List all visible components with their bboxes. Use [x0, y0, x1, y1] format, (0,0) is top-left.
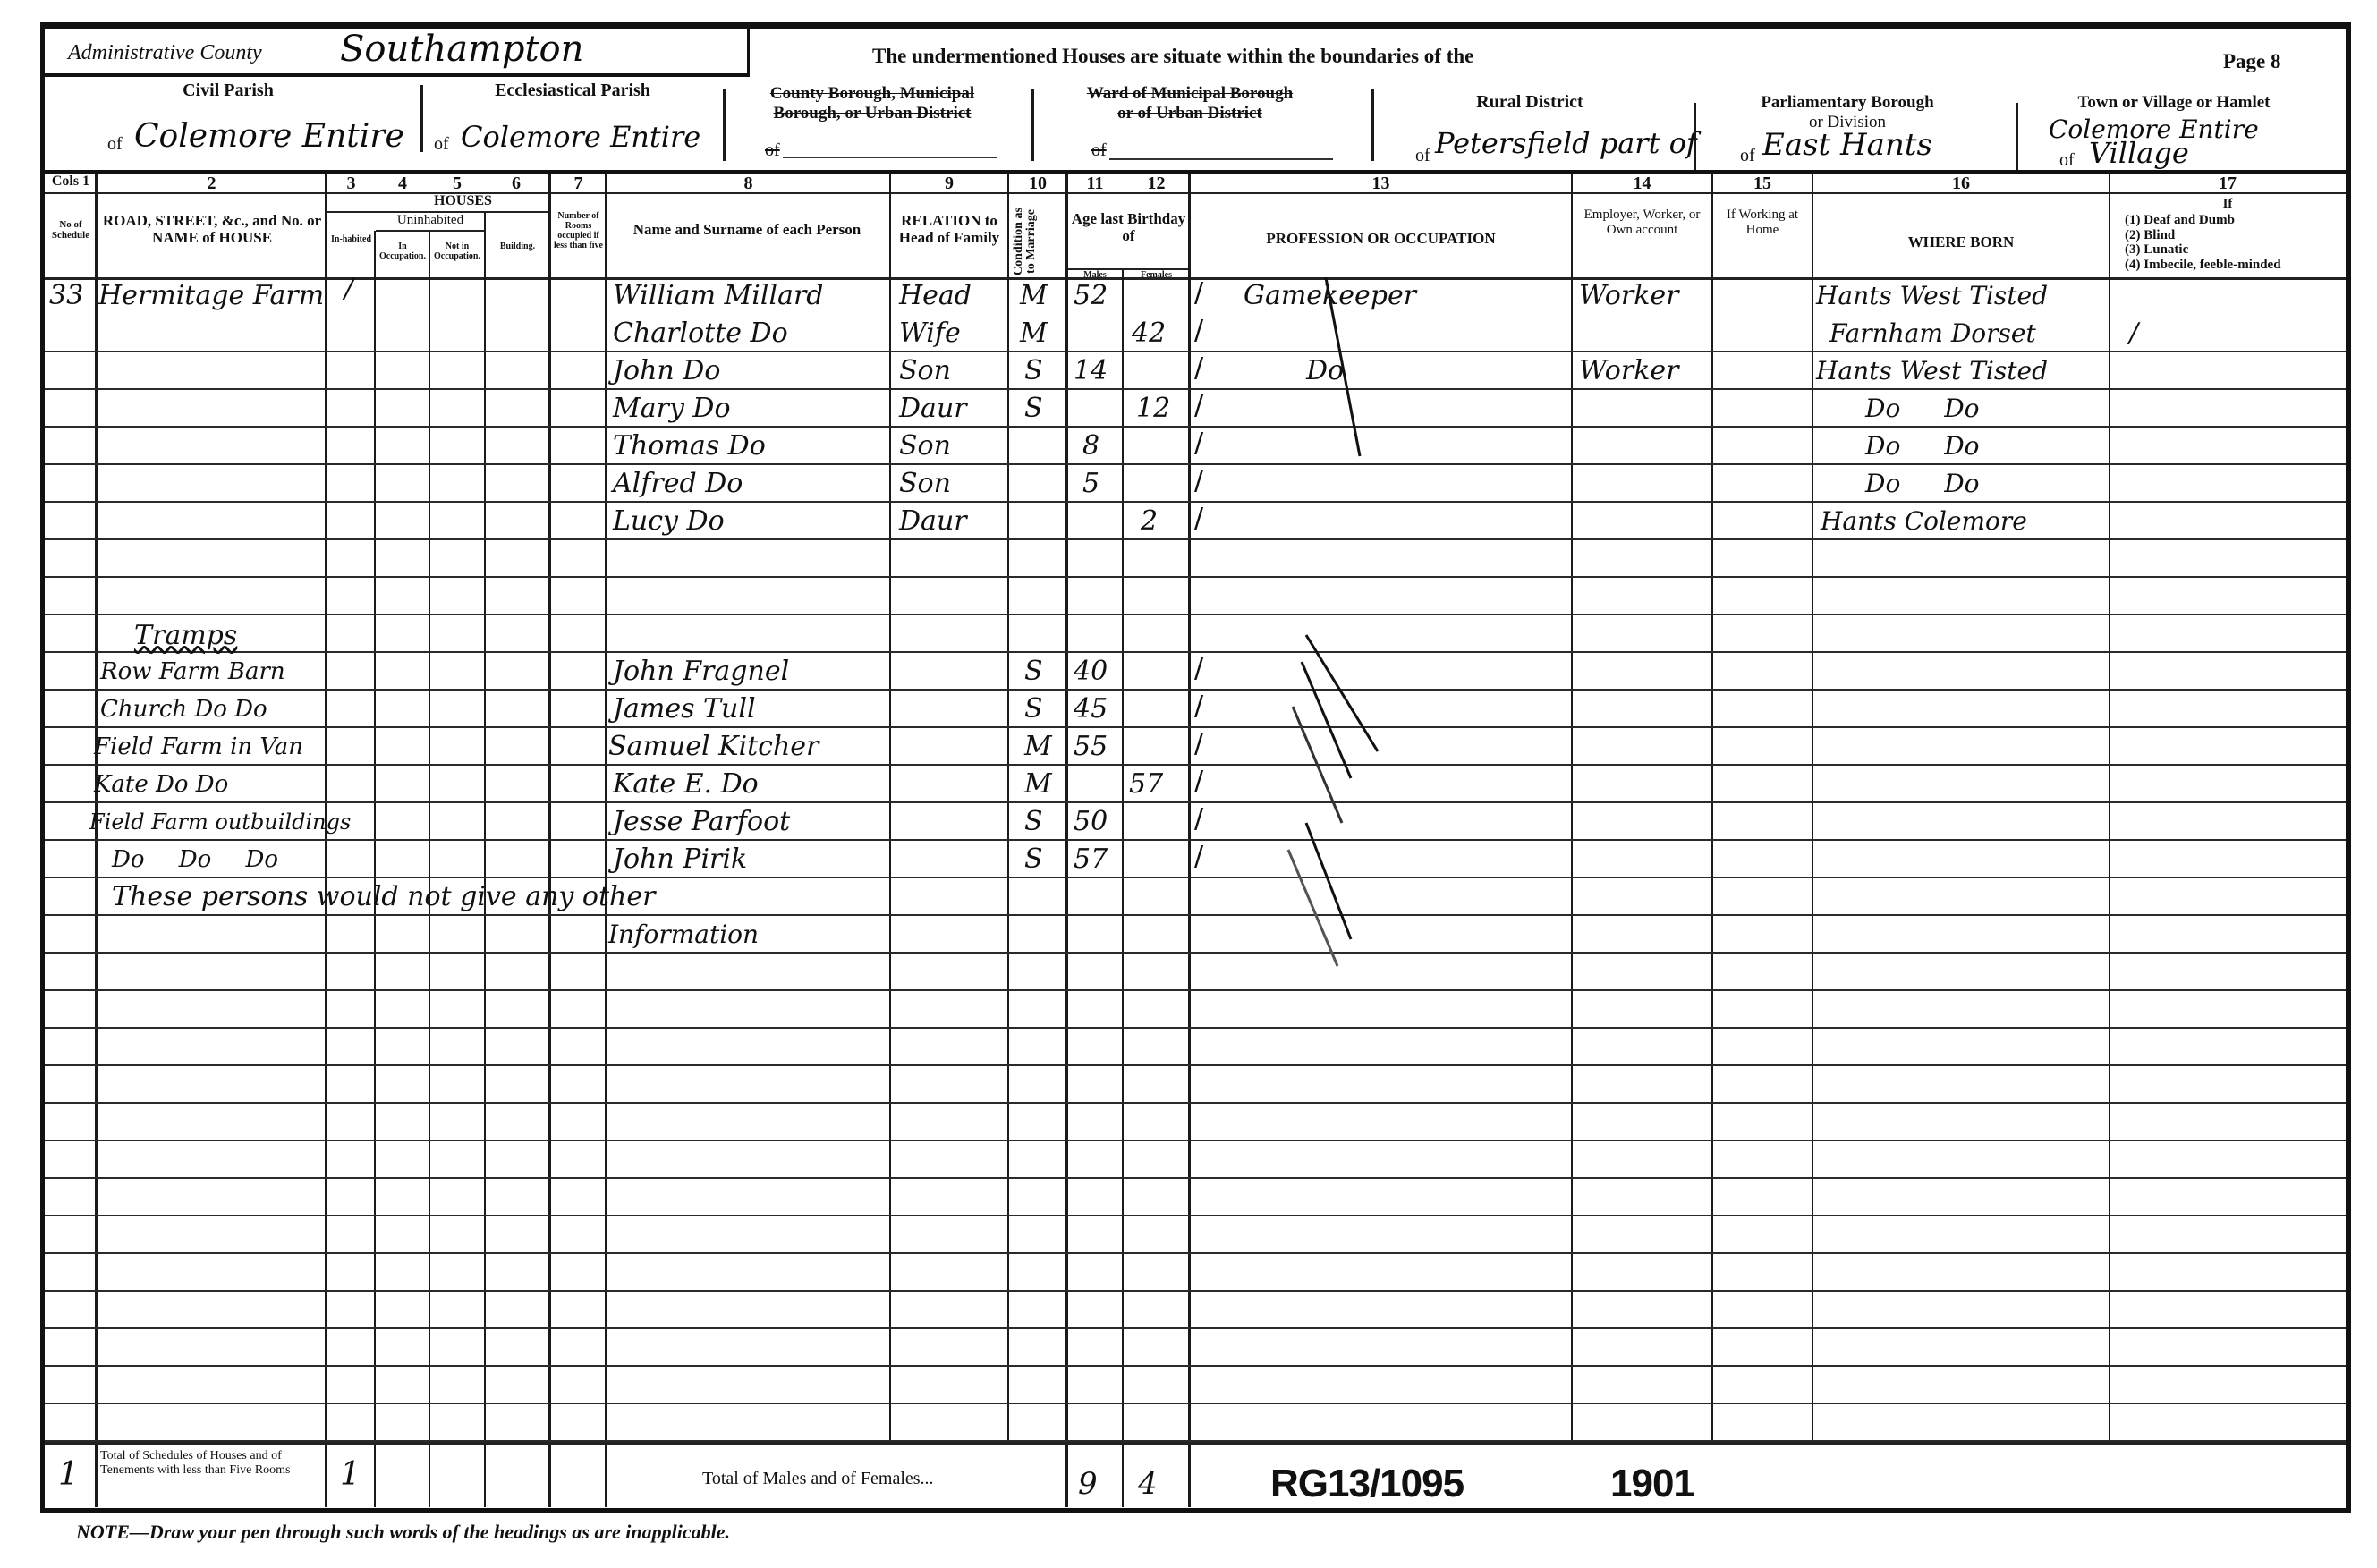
heading-rooms: Number of Rooms occupied if less than fi… [550, 211, 607, 250]
col-num: 13 [1190, 174, 1572, 194]
rural-district-field: Rural District of Petersfield part of [1378, 85, 1700, 170]
col-num: 2 [97, 174, 327, 194]
parl-borough-label: Parliamentary Borough [1700, 94, 1995, 113]
admin-county-value: Southampton [340, 29, 583, 70]
divider [723, 89, 726, 161]
relation-cell: Son [899, 428, 951, 465]
of-label: of [1091, 140, 1107, 161]
employment-cell: Worker [1579, 277, 1678, 315]
col-num: 6 [485, 174, 548, 194]
name-cell: Jesse Parfoot [613, 803, 790, 841]
heading-condition: Condition as to Marriage [1013, 206, 1038, 277]
county-borough-field: County Borough, Municipal Borough, or Ur… [729, 85, 1015, 170]
address-cell: Church Do Do [100, 691, 267, 728]
relation-cell: Son [899, 465, 951, 503]
col-num: 17 [2110, 174, 2346, 194]
parl-borough-value: East Hants [1762, 127, 1932, 163]
name-cell: John Pirik [613, 841, 747, 878]
condition-cell: S [1024, 691, 1043, 728]
heading-working-at-home: If Working at Home [1712, 208, 1812, 237]
heading-infirmity: If [2110, 197, 2346, 212]
civil-parish-value: Colemore Entire [134, 118, 404, 155]
col-num: 3 [327, 174, 376, 194]
name-cell: John Do [613, 352, 720, 390]
archive-reference: RG13/1095 [1270, 1462, 1464, 1506]
page-number: Page 8 [2223, 50, 2281, 73]
col-num: 11 [1067, 174, 1123, 194]
tick-mark: / [1194, 277, 1203, 309]
enumerator-strokes [1252, 277, 1485, 975]
total-males-value: 9 [1078, 1465, 1098, 1503]
relation-cell: Daur [899, 503, 967, 540]
born-cell: Hants West Tisted [1816, 352, 2048, 390]
schedule-cell: 33 [49, 277, 83, 315]
condition-cell: M [1024, 766, 1052, 803]
tick-mark: / [1194, 653, 1203, 684]
town-field: Town or Village or Hamlet Colemore Entir… [2022, 89, 2344, 170]
total-inhabited-value: 1 [340, 1456, 361, 1494]
female-age-cell: 12 [1136, 390, 1170, 428]
census-table-body: 33 Hermitage Farm / William Millard Head… [0, 277, 2377, 957]
heading-schedule: No of Schedule [45, 219, 97, 241]
male-age-cell: 5 [1082, 465, 1099, 503]
col-num: 5 [429, 174, 485, 194]
rural-district-value: Petersfield part of [1435, 126, 1697, 160]
address-cell: These persons would not give any other [112, 878, 655, 916]
heading-where-born: WHERE BORN [1812, 234, 2110, 251]
relation-cell: Head [899, 277, 972, 315]
address-cell: Field Farm in Van [94, 728, 303, 766]
condition-cell: S [1024, 352, 1043, 390]
name-cell: Samuel Kitcher [608, 728, 819, 766]
name-cell: Alfred Do [613, 465, 743, 503]
female-age-cell: 57 [1129, 766, 1163, 803]
col-num: 8 [607, 174, 890, 194]
heading-relation: RELATION to Head of Family [890, 213, 1008, 246]
tick-mark: / [1194, 428, 1203, 459]
tick-mark: / [1194, 315, 1203, 346]
town-value-2: Village [2089, 136, 2189, 170]
of-label: of [1415, 146, 1430, 166]
county-borough-label-2: Borough, or Urban District [729, 105, 1015, 123]
col-num: 9 [890, 174, 1008, 194]
relation-cell: Son [899, 352, 951, 390]
underline [1109, 158, 1333, 160]
underline [783, 157, 997, 158]
infirmity-option: (3) Lunatic [2125, 242, 2281, 258]
col-num: 12 [1123, 174, 1190, 194]
inhabited-cell: / [344, 270, 353, 308]
total-schedules-value: 1 [58, 1456, 79, 1494]
employment-cell: Worker [1579, 352, 1678, 390]
tick-mark: / [1194, 691, 1203, 722]
infirmity-option: (4) Imbecile, feeble-minded [2125, 258, 2281, 273]
eccl-parish-field: Ecclesiastical Parish of Colemore Entire [425, 81, 720, 170]
tick-mark: / [1194, 390, 1203, 421]
parl-borough-field: Parliamentary Borough or Division of Eas… [1700, 89, 2022, 170]
condition-cell: M [1020, 315, 1048, 352]
address-cell: Hermitage Farm [98, 277, 324, 315]
col-num: 14 [1572, 174, 1712, 194]
name-cell: Mary Do [613, 390, 731, 428]
name-cell: Thomas Do [613, 428, 766, 465]
eccl-parish-label: Ecclesiastical Parish [425, 81, 720, 100]
tick-mark: / [1194, 841, 1203, 872]
name-cell: Kate E. Do [613, 766, 759, 803]
divider [1694, 103, 1696, 170]
born-cell: Do Do [1865, 390, 1980, 428]
tick-mark: / [1194, 728, 1203, 759]
name-cell: Lucy Do [613, 503, 725, 540]
female-age-cell: 2 [1141, 503, 1158, 540]
ward-label: Ward of Municipal Borough [1038, 85, 1342, 104]
col-num: 15 [1712, 174, 1812, 194]
heading-name: Name and Surname of each Person [626, 222, 868, 239]
infirmity-option: (1) Deaf and Dumb [2125, 213, 2281, 228]
heading-building: Building. [485, 242, 550, 251]
born-cell: Farnham Dorset [1829, 315, 2036, 352]
ward-field: Ward of Municipal Borough or of Urban Di… [1038, 85, 1396, 170]
totals-row: 1 Total of Schedules of Houses and of Te… [45, 1445, 2346, 1508]
eccl-parish-value: Colemore Entire [461, 120, 700, 154]
town-label: Town or Village or Hamlet [2026, 94, 2322, 113]
born-cell: Hants Colemore [1821, 503, 2027, 540]
male-age-cell: 57 [1074, 841, 1108, 878]
col-num: 10 [1008, 174, 1067, 194]
census-year: 1901 [1610, 1462, 1694, 1506]
heading-houses: HOUSES [376, 193, 550, 209]
heading-uninhabited: Uninhabited [376, 213, 485, 228]
heading-not-in-occupation: Not in Occupation. [429, 242, 485, 261]
born-cell: Do Do [1865, 465, 1980, 503]
of-label: of [765, 140, 780, 161]
heading-age: Age last Birthday of [1067, 211, 1190, 244]
address-cell: Tramps [134, 617, 237, 655]
ward-label-2: or of Urban District [1038, 105, 1342, 123]
intro-text: The undermentioned Houses are situate wi… [872, 45, 1473, 68]
name-cell: William Millard [613, 277, 824, 315]
name-cell: James Tull [613, 691, 756, 728]
divider [1031, 89, 1034, 161]
heading-in-occupation: In Occupation. [376, 242, 429, 261]
heading-occupation: PROFESSION OR OCCUPATION [1190, 231, 1572, 248]
heading-address: ROAD, STREET, &c., and No. or NAME of HO… [100, 213, 324, 246]
of-label: of [1740, 146, 1755, 166]
name-cell: Charlotte Do [613, 315, 788, 352]
male-age-cell: 8 [1082, 428, 1099, 465]
rural-district-label: Rural District [1422, 92, 1637, 112]
county-borough-label: County Borough, Municipal [729, 85, 1015, 104]
male-age-cell: 50 [1074, 803, 1108, 841]
female-age-cell: 42 [1132, 315, 1166, 352]
col-num: 4 [376, 174, 429, 194]
male-age-cell: 14 [1074, 352, 1108, 390]
total-males-females-label: Total of Males and of Females... [702, 1469, 934, 1489]
tick-mark: / [1194, 503, 1203, 534]
male-age-cell: 40 [1074, 653, 1108, 691]
address-cell: Do Do Do [112, 841, 278, 878]
col-num: 7 [550, 174, 607, 194]
divider [1371, 89, 1374, 161]
of-label: of [107, 134, 123, 155]
footer-note: NOTE—Draw your pen through such words of… [76, 1521, 730, 1544]
condition-cell: M [1020, 277, 1048, 315]
of-label: of [434, 134, 449, 155]
col-num: Cols 1 [45, 174, 97, 190]
divider [420, 85, 423, 152]
tick-mark: / [1194, 352, 1203, 384]
relation-cell: Wife [899, 315, 961, 352]
born-cell: Hants West Tisted [1816, 277, 2048, 315]
condition-cell: M [1024, 728, 1052, 766]
civil-parish-label: Civil Parish [45, 81, 412, 100]
total-females-value: 4 [1138, 1465, 1158, 1503]
infirmity-list: (1) Deaf and Dumb (2) Blind (3) Lunatic … [2125, 213, 2281, 272]
tick-mark: / [1194, 465, 1203, 496]
condition-cell: S [1024, 390, 1043, 428]
rule [376, 230, 485, 232]
male-age-cell: 52 [1074, 277, 1108, 315]
address-cell: Kate Do Do [94, 766, 228, 803]
heading-inhabited: In-habited [327, 234, 376, 244]
bottom-border [40, 1508, 2351, 1513]
of-label: of [2059, 150, 2075, 171]
total-schedules-label: Total of Schedules of Houses and of Tene… [100, 1449, 306, 1478]
name-cell: John Fragnel [613, 653, 789, 691]
col-num: 16 [1812, 174, 2110, 194]
admin-county-field: Administrative County Southampton [45, 29, 750, 77]
condition-cell: S [1024, 803, 1043, 841]
address-cell: Row Farm Barn [100, 653, 285, 691]
civil-parish-field: Civil Parish of Colemore Entire [45, 81, 412, 170]
infirmity-option: (2) Blind [2125, 228, 2281, 243]
tick-mark: / [1194, 803, 1203, 835]
admin-county-label: Administrative County [68, 41, 262, 65]
born-cell: Do Do [1865, 428, 1980, 465]
divider [2016, 103, 2018, 170]
male-age-cell: 45 [1074, 691, 1108, 728]
relation-cell: Daur [899, 390, 967, 428]
heading-employment: Employer, Worker, or Own account [1572, 208, 1712, 237]
name-cell: Information [608, 916, 759, 954]
condition-cell: S [1024, 841, 1043, 878]
male-age-cell: 55 [1074, 728, 1108, 766]
top-border [40, 22, 2351, 29]
condition-cell: S [1024, 653, 1043, 691]
address-cell: Field Farm outbuildings [89, 803, 351, 841]
tick-mark: / [1194, 766, 1203, 797]
infirmity-cell: / [2129, 315, 2138, 352]
